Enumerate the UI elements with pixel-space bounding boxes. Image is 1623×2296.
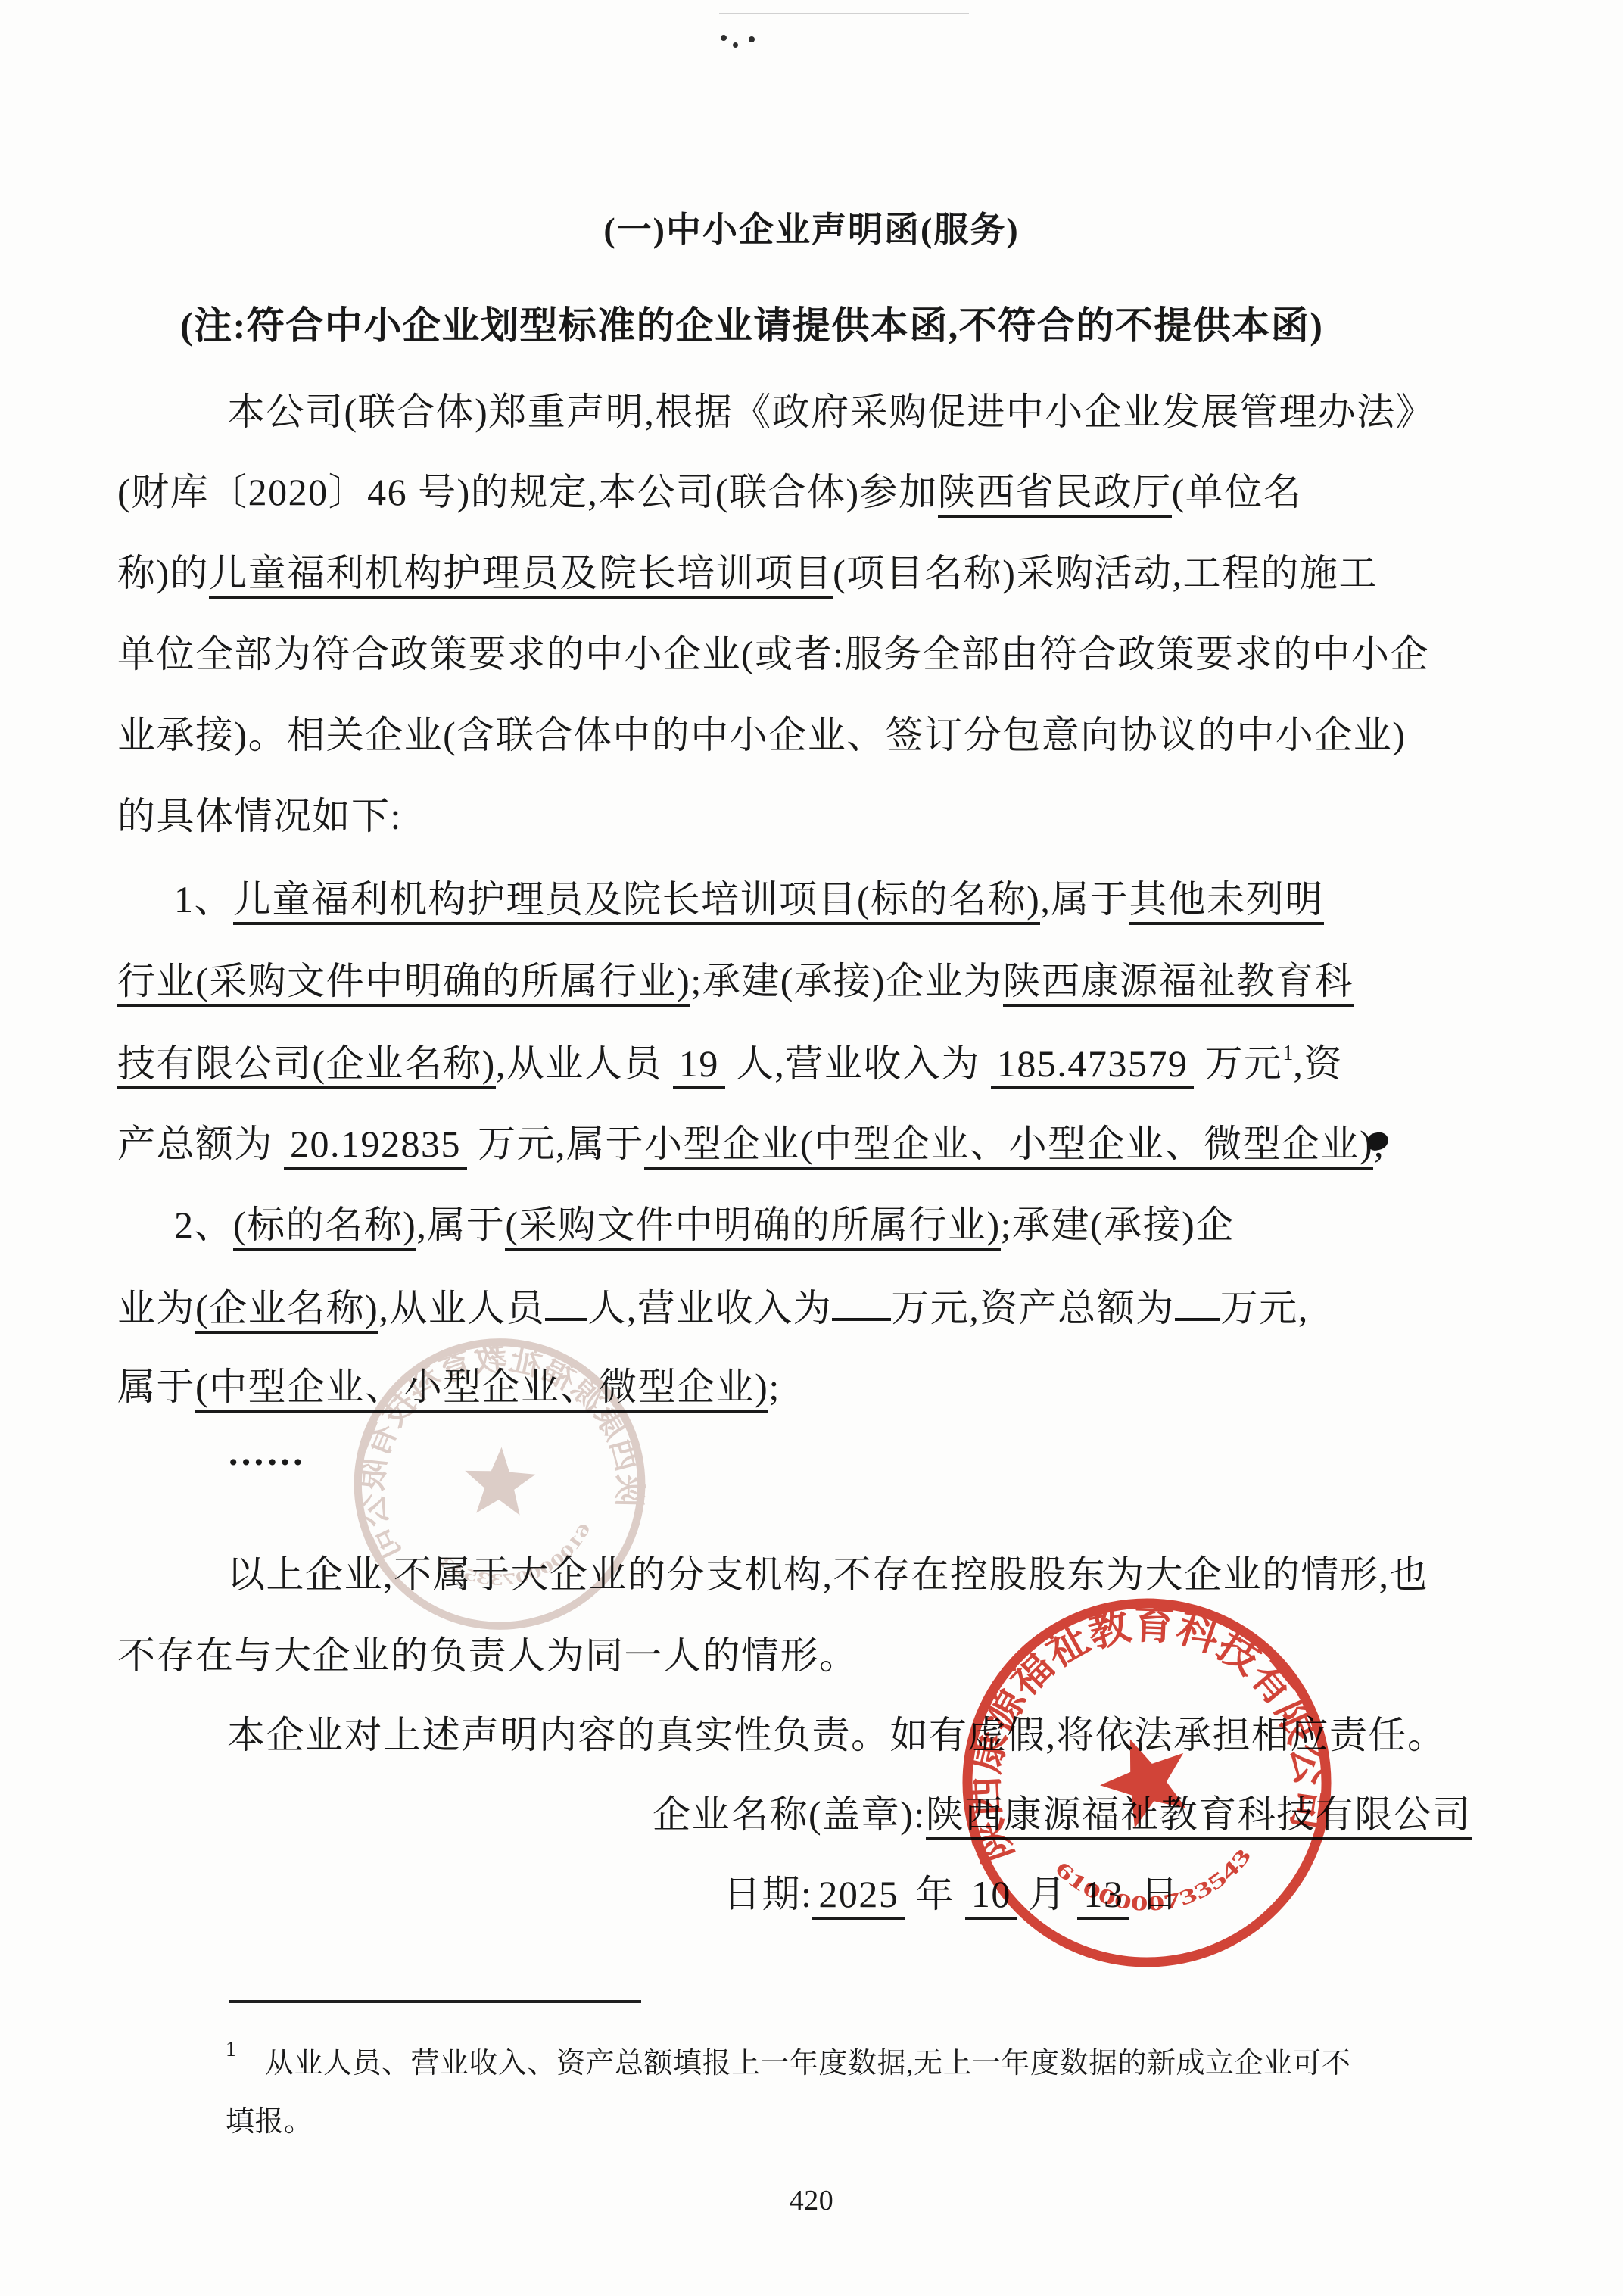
industry-blank: (采购文件中明确的所属行业)	[505, 1204, 1000, 1251]
item-2-line: 属于(中型企业、小型企业、微型企业);	[117, 1366, 780, 1410]
footnote-reference: 1	[1282, 1042, 1293, 1065]
paragraph-line: 业承接)。相关企业(含联合体中的中小企业、签订分包意向协议的中小企业)	[117, 714, 1406, 758]
body-text: ,属于	[1040, 878, 1129, 921]
body-text: ,资	[1293, 1042, 1343, 1085]
body-text: 人,营业收入为	[725, 1042, 991, 1085]
date-text: 月	[1017, 1873, 1078, 1915]
item-1-line: 技有限公司(企业名称),从业人员 19 人,营业收入为 185.473579 万…	[117, 1042, 1343, 1086]
footnote-line: 填报。	[226, 2106, 313, 2139]
red-seal-group: 陕西康源福祉教育科技有限公司 6100000733543	[942, 1583, 1350, 1981]
body-text: 产总额为	[117, 1123, 284, 1165]
body-text: (单位名	[1172, 471, 1303, 513]
item-1-line: 行业(采购文件中明确的所属行业);承建(承接)企业为陕西康源福祉教育科	[117, 960, 1354, 1004]
body-text: 万元,资产总额为	[891, 1287, 1175, 1329]
body-text: ;	[768, 1366, 780, 1408]
body-text: 以上企业,不属于大企业的分支机构,不存在控股股东为大企业的情形,也	[227, 1553, 1428, 1596]
paragraph-line: 的具体情况如下:	[117, 795, 402, 839]
assets-blank	[1175, 1285, 1220, 1321]
body-text: ,属于	[416, 1204, 505, 1246]
date-year: 2025	[812, 1873, 905, 1920]
body-text: 万元,属于	[467, 1123, 644, 1165]
subject-name-field: 儿童福利机构护理员及院长培训项目(标的名称)	[233, 878, 1040, 925]
item-number: 2、	[174, 1204, 233, 1246]
footnote-separator	[229, 2000, 641, 2003]
assets-field: 20.192835	[284, 1123, 467, 1170]
paragraph-line: 不存在与大企业的负责人为同一人的情形。	[117, 1634, 858, 1678]
company-name-value: 陕西康源福祉教育科技有限公司	[926, 1793, 1472, 1840]
item-2-line: 2、(标的名称),属于(采购文件中明确的所属行业);承建(承接)企	[174, 1204, 1235, 1248]
body-text: 称)的	[117, 552, 209, 594]
paragraph-line: (财库〔2020〕46 号)的规定,本公司(联合体)参加陕西省民政厅(单位名	[117, 471, 1302, 515]
body-text: 本企业对上述声明内容的真实性负责。如有虚假,将依法承担相应责任。	[227, 1714, 1447, 1756]
paragraph-line: 以上企业,不属于大企业的分支机构,不存在控股股东为大企业的情形,也	[227, 1553, 1428, 1597]
body-text: (项目名称)采购活动,工程的施工	[833, 552, 1378, 594]
scan-artifact-dot	[721, 35, 727, 41]
enterprise-type-blank: (中型企业、小型企业、微型企业)	[195, 1366, 768, 1413]
enterprise-type-field: 小型企业(中型企业、小型企业、微型企业)	[644, 1123, 1373, 1170]
date-month: 10	[965, 1873, 1017, 1920]
document-title: (一)中小企业声明函(服务)	[0, 210, 1623, 251]
item-1-line: 产总额为 20.192835 万元,属于小型企业(中型企业、小型企业、微型企业)…	[117, 1123, 1385, 1167]
footnote-marker: 1	[226, 2038, 236, 2061]
body-text: ,从业人员	[378, 1287, 545, 1329]
scan-artifact-dot	[733, 42, 738, 48]
item-2-line: 业为(企业名称),从业人员人,营业收入为万元,资产总额为万元,	[117, 1285, 1309, 1331]
body-text: 业为	[117, 1287, 195, 1329]
faint-seal-star-icon	[463, 1445, 537, 1516]
item-1-line: 1、儿童福利机构护理员及院长培训项目(标的名称),属于其他未列明	[174, 878, 1324, 922]
body-text: 本公司(联合体)郑重声明,根据《政府采购促进中小企业发展管理办法》	[227, 391, 1435, 433]
date-text: 年	[905, 1873, 965, 1915]
body-text: ;承建(承接)企业为	[690, 960, 1002, 1002]
body-text: 单位全部为符合政策要求的中小企业(或者:服务全部由符合政策要求的中小企	[117, 633, 1429, 675]
paragraph-line: 称)的儿童福利机构护理员及院长培训项目(项目名称)采购活动,工程的施工	[117, 552, 1378, 596]
scanned-document-page: (一)中小企业声明函(服务) (注:符合中小企业划型标准的企业请提供本函,不符合…	[0, 0, 1623, 2296]
company-name-blank: (企业名称)	[195, 1287, 378, 1334]
red-seal-ring	[950, 1586, 1344, 1980]
scan-artifact-line	[719, 13, 969, 14]
note-line: (注:符合中小企业划型标准的企业请提供本函,不符合的不提供本函)	[180, 304, 1323, 348]
ellipsis-line: ……	[227, 1431, 305, 1475]
date-label: 日期:	[723, 1873, 812, 1915]
body-text: 万元	[1194, 1042, 1282, 1085]
item-number: 1、	[174, 878, 233, 921]
date-line: 日期:2025 年 10 月 13 日	[723, 1873, 1179, 1917]
red-company-seal: 陕西康源福祉教育科技有限公司 6100000733543	[908, 1572, 1385, 1994]
footnote-text: 填报。	[226, 2106, 313, 2138]
contractor-name-field: 技有限公司(企业名称)	[117, 1042, 496, 1089]
paragraph-line: 单位全部为符合政策要求的中小企业(或者:服务全部由符合政策要求的中小企	[117, 633, 1429, 677]
industry-field: 其他未列明	[1129, 878, 1324, 925]
paragraph-line: 本公司(联合体)郑重声明,根据《政府采购促进中小企业发展管理办法》	[227, 391, 1435, 435]
footnote-line: 1从业人员、营业收入、资产总额填报上一年度数据,无上一年度数据的新成立企业可不	[226, 2038, 1351, 2081]
body-text: ,从业人员	[496, 1042, 673, 1085]
body-text: (财库〔2020〕46 号)的规定,本公司(联合体)参加	[117, 471, 938, 513]
faint-transfer-seal: 陕西康源福祉教育科技有限公司 6100000733543	[306, 1304, 694, 1665]
body-text: 属于	[117, 1366, 195, 1408]
employee-count-blank	[545, 1285, 587, 1321]
contractor-name-field: 陕西康源福祉教育科	[1003, 960, 1354, 1007]
signature-line: 企业名称(盖章):陕西康源福祉教育科技有限公司	[653, 1793, 1472, 1837]
page-number: 420	[0, 2185, 1623, 2218]
employee-count-field: 19	[673, 1042, 725, 1089]
body-text: 万元,	[1220, 1287, 1309, 1329]
paragraph-line: 本企业对上述声明内容的真实性负责。如有虚假,将依法承担相应责任。	[227, 1714, 1447, 1758]
date-text: 日	[1129, 1873, 1179, 1915]
company-seal-label: 企业名称(盖章):	[653, 1793, 926, 1836]
industry-field: 行业(采购文件中明确的所属行业)	[117, 960, 690, 1007]
scan-artifact-dot	[749, 36, 755, 42]
faint-seal-company-text: 陕西康源福祉教育科技有限公司	[326, 1313, 654, 1568]
date-day: 13	[1077, 1873, 1129, 1920]
body-text: ;承建(承接)企	[1001, 1204, 1235, 1246]
revenue-blank	[832, 1285, 891, 1321]
purchaser-name-field: 陕西省民政厅	[938, 471, 1172, 518]
project-name-field: 儿童福利机构护理员及院长培训项目	[209, 552, 833, 599]
subject-name-blank: (标的名称)	[233, 1204, 416, 1251]
body-text: 业承接)。相关企业(含联合体中的中小企业、签订分包意向协议的中小企业)	[117, 714, 1406, 756]
footnote-text: 从业人员、营业收入、资产总额填报上一年度数据,无上一年度数据的新成立企业可不	[265, 2048, 1351, 2079]
body-text: 的具体情况如下:	[117, 795, 402, 837]
body-text: 不存在与大企业的负责人为同一人的情形。	[117, 1634, 858, 1677]
faint-seal-group: 陕西康源福祉教育科技有限公司 6100000733543	[326, 1313, 672, 1653]
body-text: 人,营业收入为	[587, 1287, 832, 1329]
revenue-field: 185.473579	[991, 1042, 1195, 1089]
